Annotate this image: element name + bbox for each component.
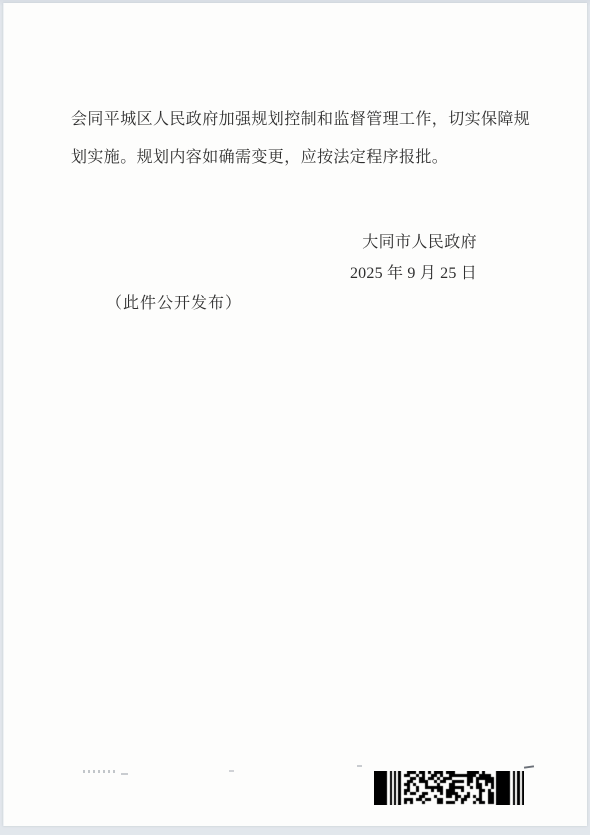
body-line-1: 会同平城区人民政府加强规划控制和监督管理工作，切实保障规 [71,101,543,139]
scan-background: 会同平城区人民政府加强规划控制和监督管理工作，切实保障规 划实施。规划内容如确需… [0,0,590,835]
scan-artifact [357,765,362,767]
document-page: 会同平城区人民政府加强规划控制和监督管理工作，切实保障规 划实施。规划内容如确需… [3,3,587,826]
issue-date: 2025 年 9 月 25 日 [350,258,477,289]
scan-artifact [83,770,115,773]
signature-block: 大同市人民政府 2025 年 9 月 25 日 [350,227,477,289]
issuer-name: 大同市人民政府 [350,227,477,258]
pen-mark-artifact [524,765,534,768]
barcode [374,771,524,805]
body-line-2: 划实施。规划内容如确需变更，应按法定程序报批。 [71,139,543,177]
body-paragraph: 会同平城区人民政府加强规划控制和监督管理工作，切实保障规 划实施。规划内容如确需… [71,101,543,177]
scan-artifact [229,770,234,772]
scan-artifact [121,773,128,775]
publication-note: （此件公开发布） [106,293,242,315]
